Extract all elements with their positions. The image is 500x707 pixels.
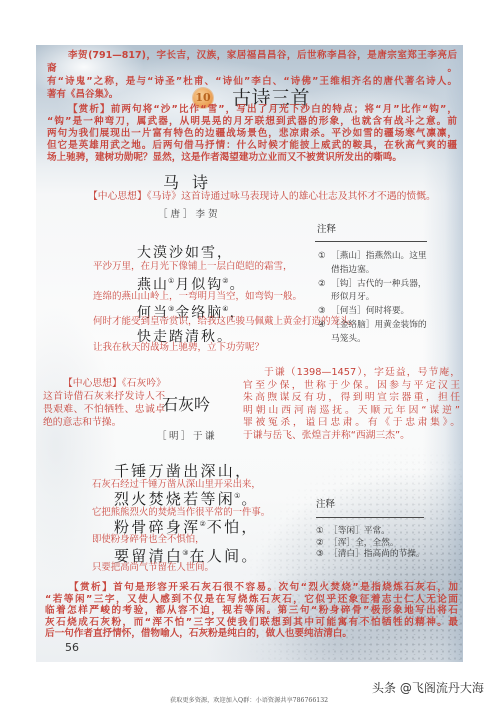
note-item: ②［浑］全，全然。 [316,538,429,550]
note-term: ［钩］ [331,279,357,289]
note-definition: 平常。 [364,526,390,536]
ma-shi-central-idea: 【中心思想】《马诗》这首诗通过咏马表现诗人的雄心壮志及其怀才不遇的愤慨。 [88,192,436,202]
shi-hui-yin-appreciation: 【赏析】首句是形容开采石灰石很不容易。次句“烈火焚烧”是指烧炼石灰石，加 “若等… [45,582,458,640]
notes-divider [316,517,424,518]
verse-text: 。 [241,490,258,508]
note-term: ［清白］ [329,549,364,559]
appreciation-line: 后一句作者直抒情怀，借物喻人，石灰粉是纯白的，做人也要纯洁清白。 [45,628,458,640]
central-idea-line: 【中心思想】《石灰吟》 [43,377,165,390]
poem-title-shi-hui-yin: 石灰吟 [162,397,210,413]
verse-text: 千锤万凿出深山， [114,462,252,480]
appreciation-line: 场上驰骋，建树功勋呢？显然，这是作者渴望建功立业而又不被赏识所发出的嘶鸣。 [47,152,457,164]
ma-shi-notes: ①［燕山］指燕然山。这里借指边塞。 ②［钩］古代的一种兵器，形似月牙。 ③［何当… [318,250,431,347]
note-marker: ② [200,520,206,528]
note-number: ② [318,278,331,292]
verse-translation: 它把熊熊烈火的焚烧当作很平常的一件事。 [92,508,270,518]
note-definition: 指高尚的节操。 [364,549,425,559]
ma-shi-appreciation: 【赏析】前两句将“沙”比作“雪”，写出了月光下沙白的特点；将“月”比作“钩”， … [47,104,457,164]
note-item: ③［何当］何时将要。 [318,305,431,319]
verse-text: 不怕， [207,518,259,536]
shi-hui-yin-author: ［明］于谦 [157,432,217,442]
bio-line: 明朝山西河南巡抚。天顺元年因“谋逆” [243,405,460,418]
shi-hui-yin-central-idea: 【中心思想】《石灰吟》 这首诗借石灰来抒发诗人不 畏艰难、不怕牺牲、忠诚卓 绝的… [43,377,165,429]
note-item: ①［燕山］指燕然山。这里借指边塞。 [318,250,431,278]
shi-hui-yin-notes: ①［等闲］平常。 ②［浑］全，全然。 ③［清白］指高尚的节操。 [316,526,429,561]
note-definition: 何时将要。 [366,306,409,316]
note-marker: ① [234,492,240,500]
note-term: ［等闲］ [329,526,364,536]
appreciation-line: 两句为我们展现出一片富有特色的边疆战场景色，悲凉肃杀。平沙如雪的疆场寒气凛凛， [47,128,457,140]
shi-hui-yin-notes-heading: 注释 [316,500,335,510]
verse-translation: 石灰石经过千锤万凿从深山里开采出来， [92,480,261,490]
note-marker: ③ [168,305,174,313]
note-item: ②［钩］古代的一种兵器，形似月牙。 [318,278,431,306]
note-number: ① [318,250,331,264]
central-idea-line: 畏艰难、不怕牺牲、忠诚卓 [43,403,165,416]
toutiao-watermark: 头条 @飞阁流丹大海 [372,681,484,695]
bio-line: 李贺(791—817)，字长吉，汉族，家居福昌昌谷，后世称李昌谷，是唐宗室郑王李… [47,49,457,75]
note-term: ［浑］ [329,538,355,548]
note-number: ② [316,538,329,550]
yu-qian-bio: 于谦（1398—1457），字廷益，号节庵， 官至少保，世称于少保。因参与平定汉… [243,367,460,443]
note-marker: ② [222,277,228,285]
poem-title-ma-shi: 马诗 [163,175,221,191]
note-term: ［燕山］ [331,251,366,261]
note-number: ① [316,526,329,538]
notes-divider [315,241,427,242]
appreciation-line: 但它是英雄用武之地。后两句借马抒情：什么时候才能披上威武的鞍具，在秋高气爽的疆 [47,140,457,152]
ma-shi-notes-heading: 注释 [317,225,336,235]
note-definition: 全，全然。 [355,538,398,548]
ma-shi-author: ［唐］李贺 [158,210,221,220]
appreciation-line: “若等闲”三字，又使人感到不仅是在写烧炼石灰石，它似乎还象征着志士仁人无论面 [45,594,458,606]
bio-line: 朱高煦谋反有功，得到明宣宗器重，担任 [243,392,460,405]
note-item: ③［清白］指高尚的节操。 [316,549,429,561]
verse-translation: 连绵的燕山山岭上，一弯明月当空，如弯钩一般。 [93,292,302,302]
note-term: ［金络脑］ [331,320,374,330]
verse-text: 大漠沙如雪， [137,245,233,261]
bio-line: 于谦（1398—1457），字廷益，号节庵， [243,367,460,380]
appreciation-line: 【赏析】首句是形容开采石灰石很不容易。次句“烈火焚烧”是指烧炼石灰石，加 [45,582,458,594]
textbook-page: 李贺(791—817)，字长吉，汉族，家居福昌昌谷，后世称李昌谷，是唐宗室郑王李… [36,45,463,662]
note-number: ③ [316,549,329,561]
verse-translation: 只要把高尚气节留在人世间。 [92,563,214,573]
note-item: ①［等闲］平常。 [316,526,429,538]
note-number: ④ [318,319,331,333]
verse-translation: 让我在秋天的战场上驰骋，立下功劳呢？ [93,343,264,353]
bio-line: 罪被冤杀，谥曰忠肃。有《于忠肃集》。 [243,417,460,430]
note-marker: ① [168,277,174,285]
footer-resource-note: 获取更多资源，欢迎加入Q群：小语资源共享786766132 [170,697,328,705]
bio-line: 官至少保，世称于少保。因参与平定汉王 [243,380,460,393]
verse-translation: 平沙万里，在月光下像铺上一层白皑皑的霜雪， [93,262,293,272]
appreciation-line: 灰石烧成石灰粉，而“浑不怕”三字又使我们联想到其中可能寓有不怕牺牲的精神。最 [45,617,458,629]
note-item: ④［金络脑］用黄金装饰的马笼头。 [318,319,431,347]
verse-translation: 即使粉身碎骨也全不惧怕， [92,535,205,545]
central-idea-line: 这首诗借石灰来抒发诗人不 [43,390,165,403]
note-term: ［何当］ [331,306,366,316]
note-marker: ④ [222,305,228,313]
appreciation-line: “钩”是一种弯刀，属武器，从明晃晃的月牙联想到武器的形象，也就含有战斗之意。前 [47,116,457,128]
note-marker: ③ [182,549,188,557]
bio-line: 于谦与岳飞、张煌言并称“西湖三杰”。 [243,430,460,443]
verse-text: 烈火焚烧若等闲 [114,490,235,508]
note-number: ③ [318,305,331,319]
page-number: 56 [65,642,79,654]
appreciation-line: 临着怎样严峻的考验，都从容不迫，视若等闲。第三句“粉身碎骨”极形象地写出将石 [45,605,458,617]
central-idea-line: 绝的意志和节操。 [43,416,165,429]
appreciation-line: 【赏析】前两句将“沙”比作“雪”，写出了月光下沙白的特点；将“月”比作“钩”， [47,104,457,116]
